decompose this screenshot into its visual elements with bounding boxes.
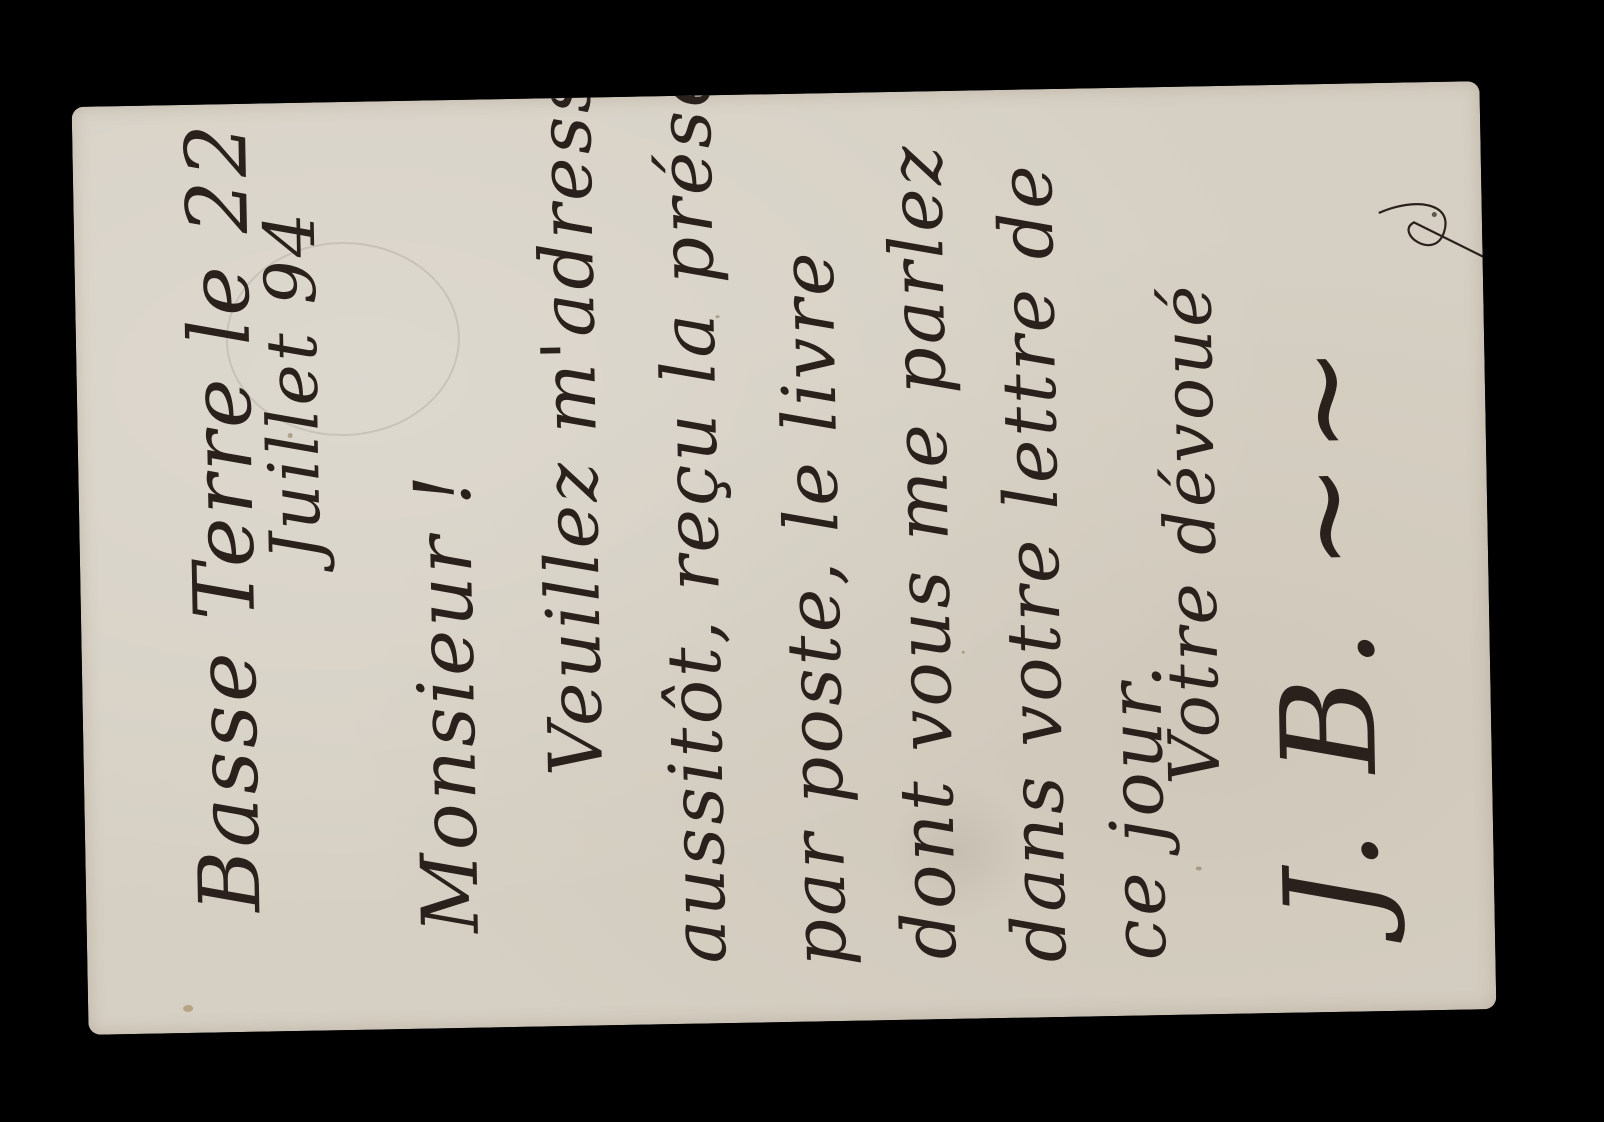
body-line: dont vous me parlez (872, 143, 973, 961)
photo-background: Basse Terre le 22 Juillet 94 Monsieur ! … (0, 0, 1604, 1122)
postcard: Basse Terre le 22 Juillet 94 Monsieur ! … (72, 81, 1497, 1035)
signature: J. B. ~~ (1246, 336, 1409, 923)
letter-text-block: Basse Terre le 22 Juillet 94 Monsieur ! … (72, 81, 1497, 1035)
closing: Votre dévoué (1145, 282, 1236, 785)
body-line: Veuillez m'adresser (520, 81, 620, 776)
body-line: par poste, le livre (764, 249, 863, 968)
body-line: dans votre lettre de (983, 161, 1084, 963)
header-date: Juillet 94 (249, 209, 337, 562)
salutation: Monsieur ! (398, 471, 496, 934)
body-line: aussitôt, reçu la présente (638, 81, 743, 964)
signature-flourish (1373, 190, 1496, 303)
